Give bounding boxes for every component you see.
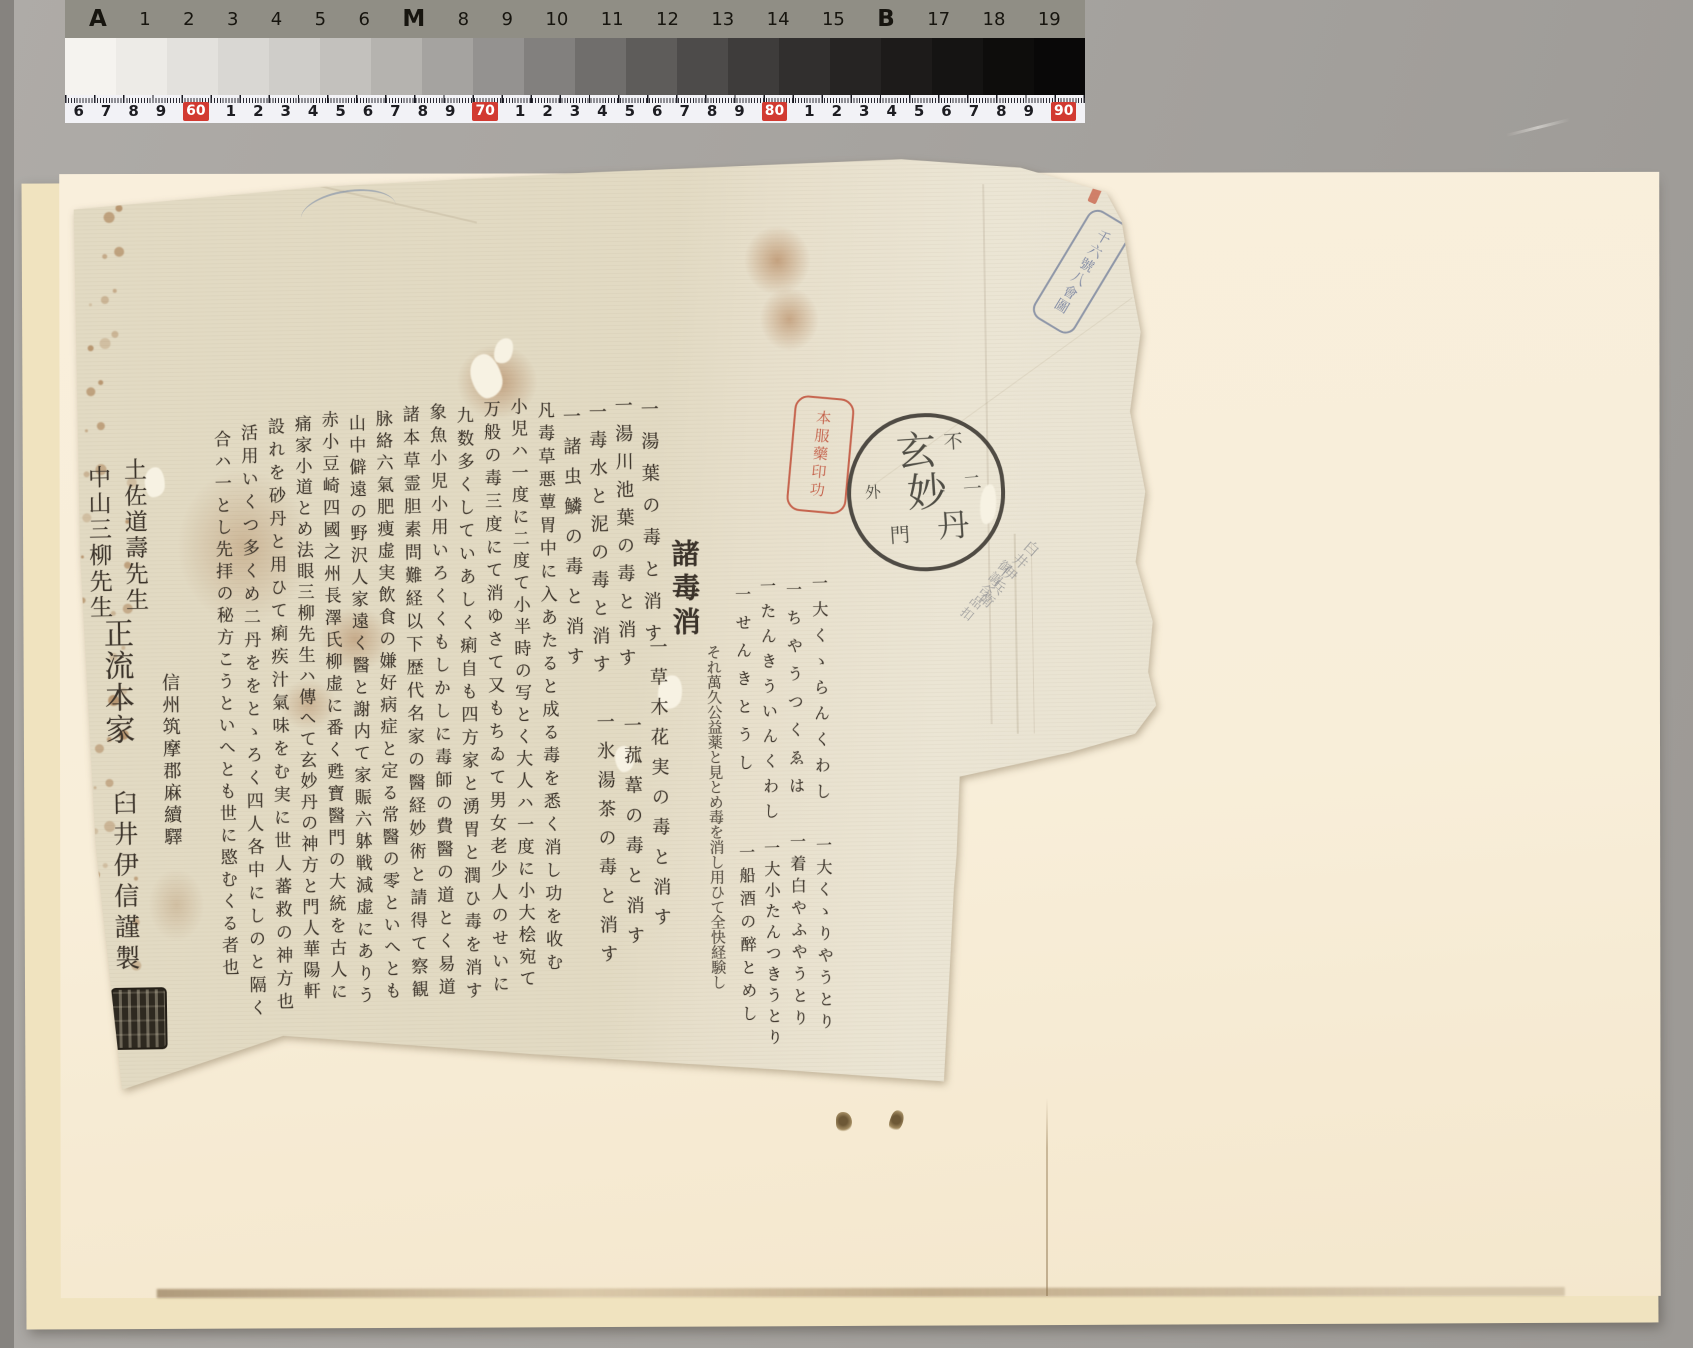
- document-text-block: 土佐道壽先生中山三柳先生正流本家信州筑摩郡麻續驛臼井伊信謹製諸毒消それ萬久公益薬…: [70, 152, 1165, 1103]
- ruler-number: 6: [363, 102, 373, 121]
- text-column-kana-l4: 一船酒の醉とめし: [737, 844, 757, 1028]
- ruler-bar-label: 9: [502, 9, 513, 30]
- foxing-dot: [72, 198, 75, 201]
- text-column-item-l1: 一草木花実の毒と消す: [647, 637, 671, 937]
- text-column-item-l3: 一氷湯茶の毒と消す: [594, 712, 617, 973]
- text-column-intro: それ萬久公益薬と見とめ毒を消し用ひて全快経験し: [704, 644, 725, 989]
- grayscale-patch: [269, 38, 320, 95]
- ruler-number: 8: [418, 102, 428, 121]
- grayscale-patch: [371, 38, 422, 95]
- ruler-number: 60: [183, 102, 208, 121]
- text-column-kana-u1: 一大くゝらんくわし: [809, 575, 830, 809]
- ruler-number: 5: [914, 102, 924, 121]
- ruler-number: 7: [101, 102, 111, 121]
- ruler-bar-label: 3: [227, 9, 238, 30]
- ruler-bar-label: 18: [983, 9, 1006, 30]
- backdrop-scratch: [1506, 118, 1571, 137]
- grayscale-patch: [983, 38, 1034, 95]
- ruler-label-bar: A123456M89101112131415B171819: [65, 0, 1085, 38]
- ruler-bar-label: 17: [927, 9, 950, 30]
- ruler-number: 7: [969, 102, 979, 121]
- ruler-bar-label: 6: [359, 9, 370, 30]
- text-column-item-u2: 一湯川池葉の毒と消す: [612, 396, 635, 676]
- grayscale-patch: [65, 38, 116, 95]
- ruler-numbers: 678960123456789701234567898012345678990: [65, 102, 1085, 121]
- text-column-item-u4: 一諸虫鱗の毒と消す: [561, 407, 584, 677]
- text-column-kana-l3: 一大小たんつきうとり: [761, 840, 781, 1050]
- text-column-item-l2: 一菰葦の毒と消す: [621, 716, 644, 956]
- text-column-prose-4: 九数多くしていあしく痢自も四方家と湧胃と潤ひ毒を消す: [454, 406, 481, 1004]
- text-column-header-maker: 臼井伊信謹製: [110, 790, 139, 976]
- grayscale-patch: [932, 38, 983, 95]
- ruler-bar-label: 1: [139, 9, 150, 30]
- text-column-prose-6: 諸本草霊胆素問難経以下歴代名家の醫経妙術と請得て察観: [400, 405, 427, 1003]
- text-column-prose-10: 痛家小道とめ法眼三柳先生ハ傳へて玄妙丹の神方と門人華陽軒: [292, 415, 319, 1003]
- text-column-header-nakayama: 中山三柳先生: [84, 465, 111, 621]
- foxing-dot: [88, 954, 94, 960]
- text-column-prose-3: 万般の毒三度にて消ゆさて又もちゐて男女老少人のせいに: [481, 400, 508, 998]
- ruler-number: 6: [652, 102, 662, 121]
- ruler-bar-label: 12: [656, 9, 679, 30]
- ruler-number: 9: [156, 102, 166, 121]
- ruler-number: 9: [1024, 102, 1034, 121]
- text-column-kana-u3: 一たんきういんくわし: [757, 578, 778, 828]
- millimeter-ruler: 678960123456789701234567898012345678990: [65, 95, 1085, 123]
- grayscale-patch: [677, 38, 728, 95]
- ruler-bar-label: 2: [183, 9, 194, 30]
- text-column-prose-8: 山中僻遠の野沢人家遠く醫と謝内て家賑六躰戦減虚にありう: [346, 414, 373, 1008]
- ruler-bar-label: 8: [458, 9, 469, 30]
- text-column-prose-1: 凡毒草悪蕈胃中に入あたると成る毒を悉く消し功を收む: [535, 401, 562, 976]
- text-column-title: 諸毒消: [669, 539, 700, 641]
- document-paper: 千六號八會圖 本服藥印功 不二玄妙丹門外 土佐道壽先生中山三柳先生正流本家信州筑…: [70, 152, 1165, 1103]
- ruler-bar-label: 15: [822, 9, 845, 30]
- ruler-bar-label: 4: [271, 9, 282, 30]
- grayscale-patch: [1034, 38, 1085, 95]
- text-column-kana-u2: 一ちやうつくゑは: [783, 581, 803, 805]
- ruler-number: 5: [335, 102, 345, 121]
- foxing-dot: [90, 912, 93, 915]
- ruler-bar-label: 19: [1038, 9, 1061, 30]
- text-column-kana-l2: 一着白やふやうとり: [787, 833, 807, 1031]
- ruler-number: 8: [996, 102, 1006, 121]
- text-column-prose-11: 設れを砂丹と用ひて痢疾汁氣味をむ実に世人蕃救の神方也: [265, 417, 292, 1015]
- grayscale-patch: [524, 38, 575, 95]
- grayscale-patch: [320, 38, 371, 95]
- ruler-number: 2: [253, 102, 263, 121]
- ruler-number: 4: [886, 102, 896, 121]
- foxing-dot: [87, 996, 96, 1005]
- grayscale-patch: [167, 38, 218, 95]
- ruler-number: 1: [226, 102, 236, 121]
- ruler-number: 3: [859, 102, 869, 121]
- ruler-number: 70: [472, 102, 497, 121]
- text-column-prose-12: 活用いくつ多くめ二丹ををとゝろく四人各中にしのと隔く: [238, 424, 265, 1022]
- backdrop-dark-left-strip: [0, 0, 14, 1348]
- ruler-number: 90: [1051, 102, 1076, 121]
- ruler-number: 6: [73, 102, 83, 121]
- ruler-number: 4: [308, 102, 318, 121]
- ruler-bar-label: 14: [767, 9, 790, 30]
- grayscale-patch: [575, 38, 626, 95]
- ruler-number: 9: [734, 102, 744, 121]
- ruler-number: 8: [128, 102, 138, 121]
- ruler-bar-label: A: [89, 6, 107, 32]
- text-column-header-honke: 正流本家: [99, 618, 133, 746]
- page-gutter-crease: [1046, 1098, 1048, 1296]
- ruler-bar-label: 11: [601, 9, 624, 30]
- text-column-kana-l1: 一大くゝりやうとり: [813, 837, 833, 1035]
- text-column-prose-7: 脉絡六氣肥痩虚実飲食の嫌好病症と定る常醫の零といへとも: [373, 410, 400, 1004]
- ruler-number: 80: [762, 102, 787, 121]
- ruler-bar-label: 10: [545, 9, 568, 30]
- ruler-number: 2: [542, 102, 552, 121]
- ruler-bar-label: 5: [315, 9, 326, 30]
- grayscale-patch: [779, 38, 830, 95]
- grayscale-patch: [218, 38, 269, 95]
- text-column-item-u1: 一湯葉の毒と消す: [639, 399, 662, 655]
- ruler-number: 5: [625, 102, 635, 121]
- ruler-number: 7: [390, 102, 400, 121]
- ruler-number: 9: [445, 102, 455, 121]
- ruler-number: 3: [280, 102, 290, 121]
- text-column-prose-13: 合ハ一とし先拝の秘方こうといへとも世に愍むくる者也: [211, 430, 238, 980]
- ruler-number: 8: [707, 102, 717, 121]
- grayscale-patch: [881, 38, 932, 95]
- text-column-prose-9: 赤小豆崎四國之州長澤氏柳虚に番く甦寶醫門の大統を古人に: [319, 410, 346, 1004]
- grayscale-patch: [473, 38, 524, 95]
- ruler-bar-label: M: [402, 6, 425, 32]
- text-column-item-u3: 一毒水と泥の毒と消す: [587, 402, 610, 682]
- ruler-number: 7: [679, 102, 689, 121]
- text-column-header-tosa: 土佐道壽先生: [120, 457, 147, 613]
- edo-medicine-broadside: 千六號八會圖 本服藥印功 不二玄妙丹門外 土佐道壽先生中山三柳先生正流本家信州筑…: [70, 152, 1165, 1103]
- text-column-prose-5: 象魚小児小用いろくくもしかしに毒師の費醫の道とく易道: [427, 403, 454, 1001]
- grayscale-patch: [728, 38, 779, 95]
- grayscale-step-wedge: [65, 38, 1085, 95]
- ruler-number: 6: [941, 102, 951, 121]
- ruler-number: 1: [515, 102, 525, 121]
- ruler-number: 2: [832, 102, 842, 121]
- ruler-number: 4: [597, 102, 607, 121]
- grayscale-patch: [116, 38, 167, 95]
- grayscale-patch: [626, 38, 677, 95]
- wormhole: [836, 1112, 852, 1132]
- color-calibration-ruler: A123456M89101112131415B171819 6789601234…: [65, 0, 1085, 123]
- text-column-kana-u4: 一せんきとうし: [732, 586, 752, 782]
- ruler-bar-label: 13: [711, 9, 734, 30]
- text-column-header-address: 信州筑摩郡麻續驛: [160, 673, 182, 849]
- ruler-bar-label: B: [877, 6, 895, 32]
- text-column-prose-2: 小児ハ一度に二度て小半時の写とく大人ハ一度に小大桧宛て: [507, 397, 534, 991]
- grayscale-patch: [830, 38, 881, 95]
- ruler-number: 3: [570, 102, 580, 121]
- grayscale-patch: [422, 38, 473, 95]
- ruler-number: 1: [804, 102, 814, 121]
